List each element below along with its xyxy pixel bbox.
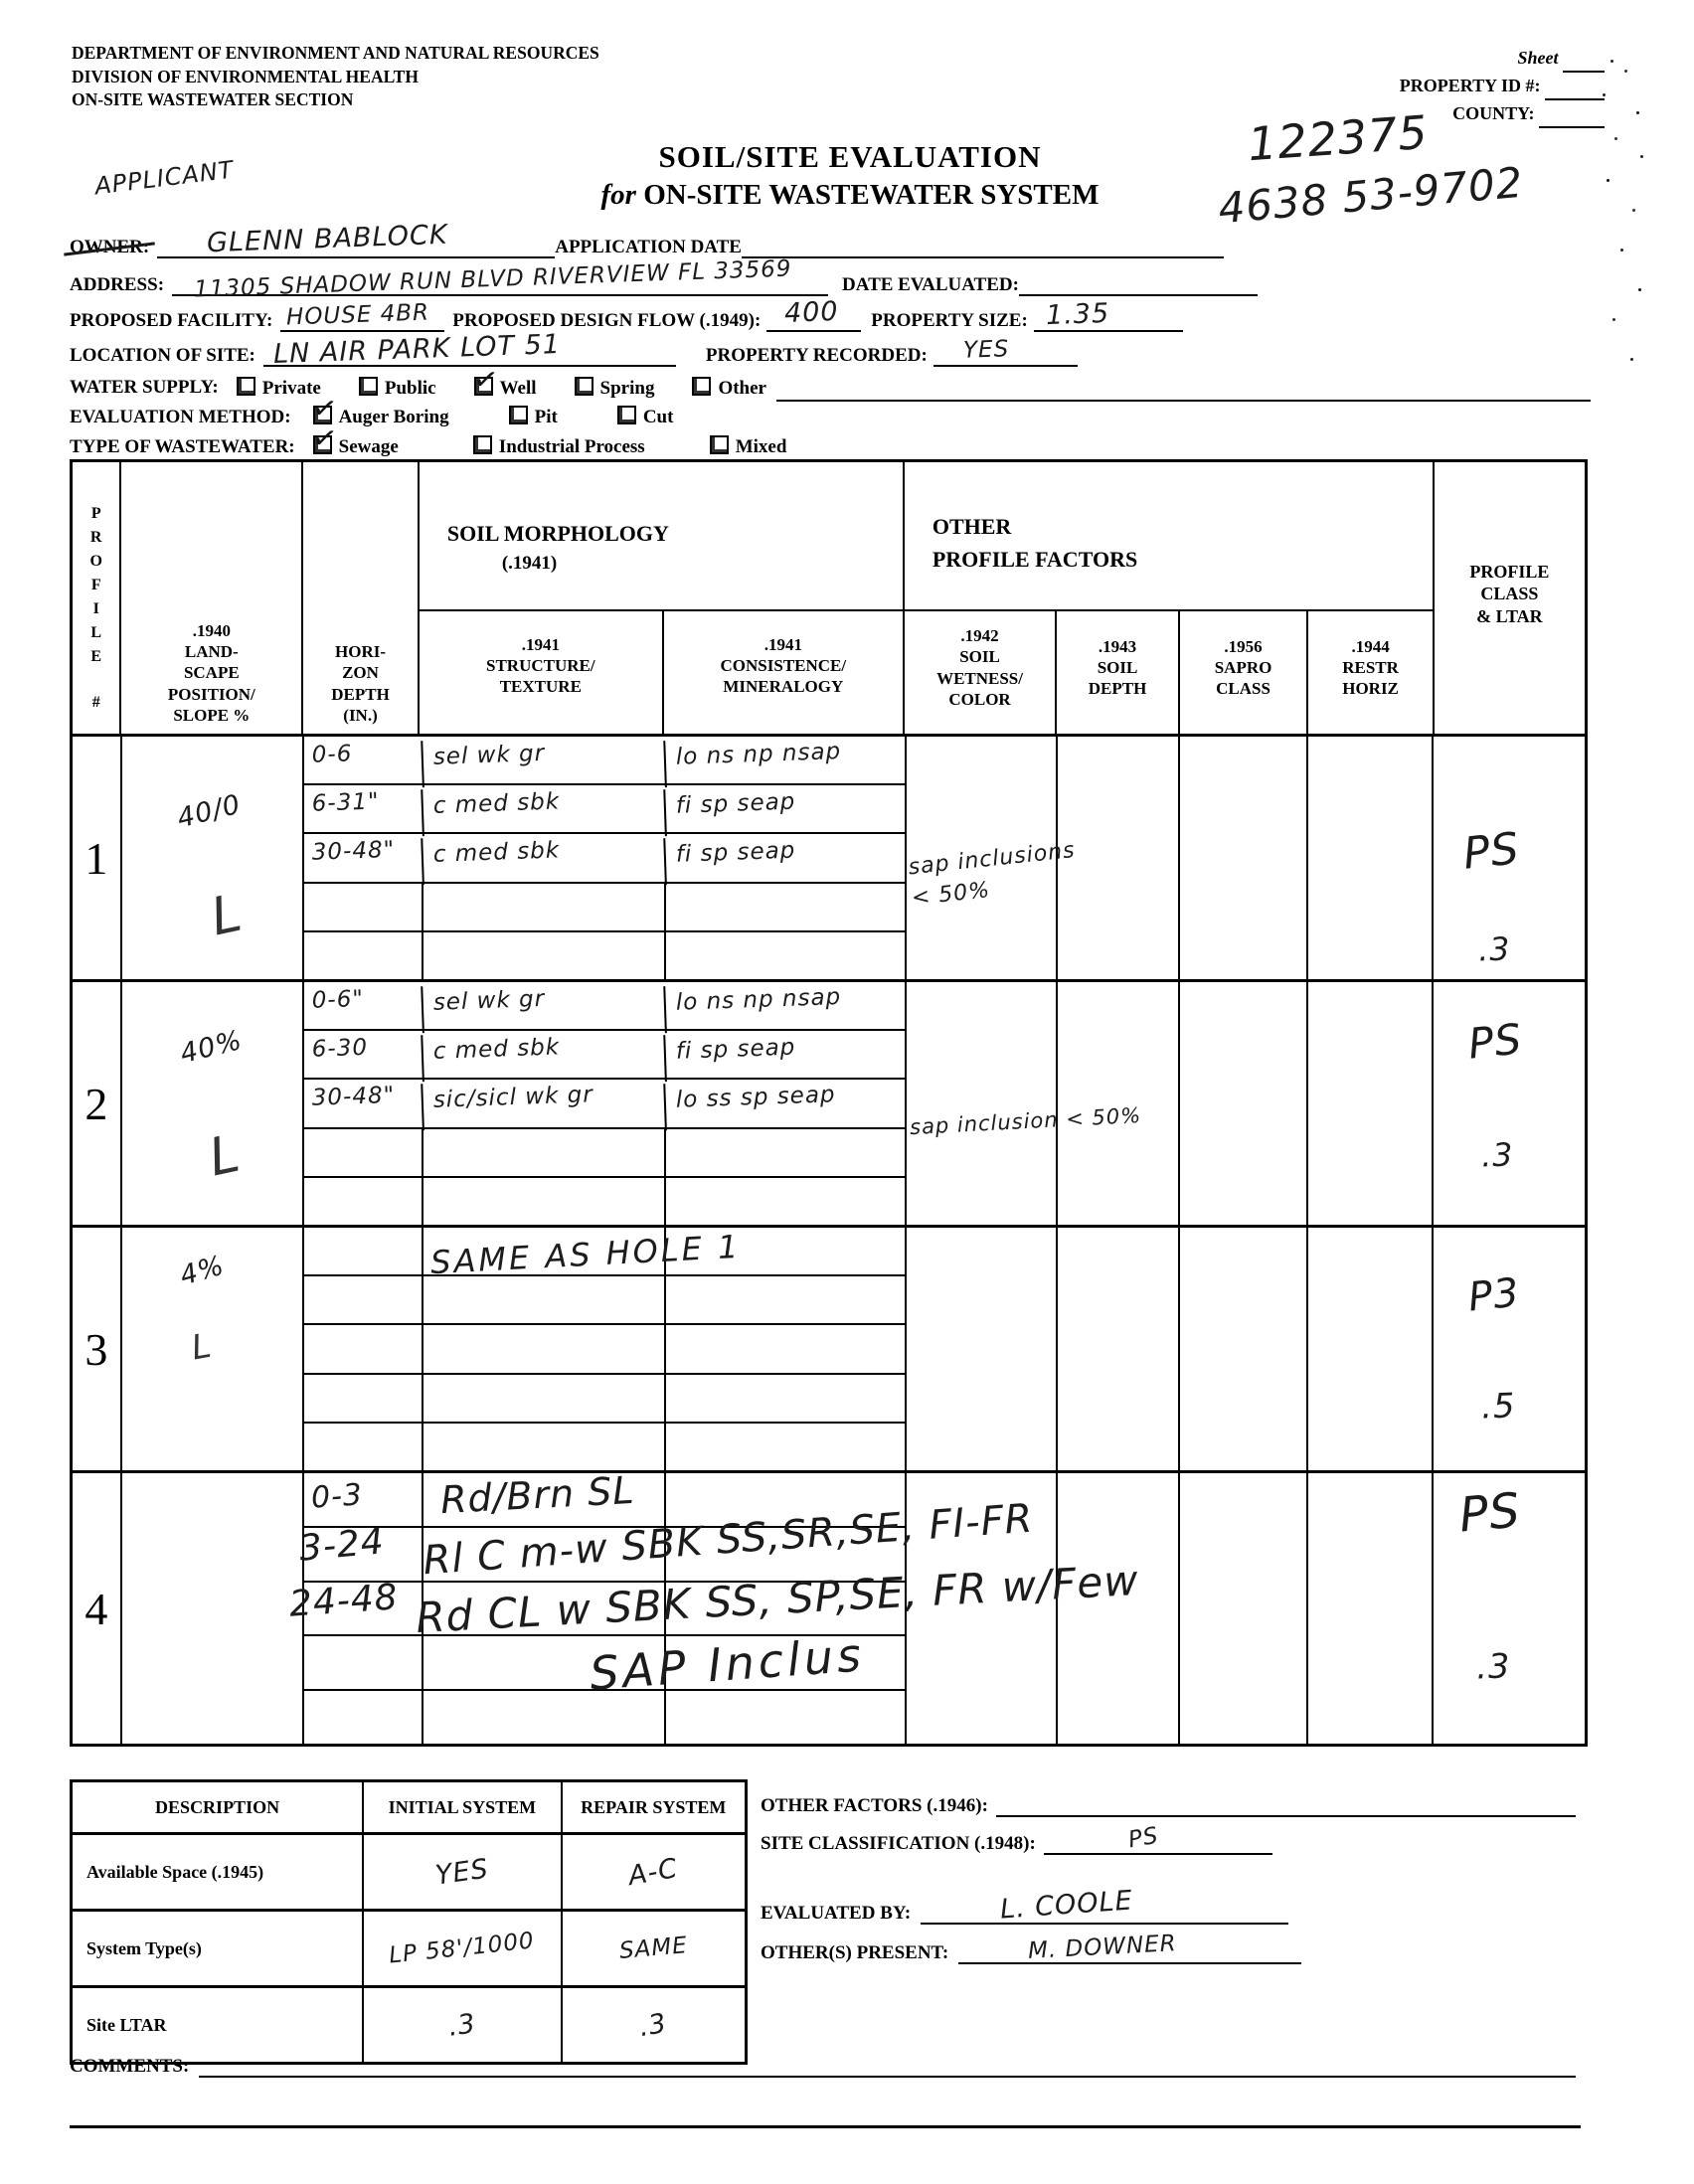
profile-3-slope-value: 4% [176,1250,228,1291]
profile-row-1: 1 40/0 L 0-6 sel wk gr lo ns np nsap 6-3… [73,734,1585,979]
profile-3-restr-cell [1306,1228,1432,1470]
structure-texture: sel wk gr [421,733,665,788]
profile-2-class-value: PS [1466,1014,1525,1068]
site-classification-label: SITE CLASSIFICATION (.1948): [761,1833,1036,1855]
sheet-field [1563,45,1605,73]
property-id-field [1545,73,1605,100]
others-present-value: M. DOWNER [1028,1931,1178,1964]
profile-4-depth-1: 0-3 [310,1477,364,1516]
profile-2-landscape-sketch: L [204,1124,246,1189]
scanned-form-sheet: DEPARTMENT OF ENVIRONMENT AND NATURAL RE… [0,0,1694,2184]
available-space-initial: YES [433,1853,490,1891]
owner-line: OWNER: GLENN BABLOCK APPLICATION DATE [70,231,1591,258]
checkbox-private [237,377,255,396]
checkbox-spring [575,377,593,396]
location-label: LOCATION OF SITE: [70,345,255,367]
option-auger-boring: Auger Boring [339,407,449,427]
location-value: LN AIR PARK LOT 51 [272,329,561,370]
title-for: for [601,179,636,211]
option-well: Well [500,378,537,399]
property-size-field: 1.35 [1034,304,1183,332]
applicant-handwritten-note: APPLICANT [93,156,236,201]
consistence: fi sp seap [664,1027,907,1083]
form-title: SOIL/SITE EVALUATION for ON-SITE WASTEWA… [427,139,1272,212]
design-flow-value: 400 [784,296,840,329]
profile-3-wetness-cell [905,1228,1055,1470]
option-private: Private [262,378,321,399]
profile-1-horizon-grid: 0-6 sel wk gr lo ns np nsap 6-31" c med … [302,737,905,979]
profile-3-class-cell: P3 .5 [1432,1228,1585,1470]
profile-2-class-cell: PS .3 [1432,982,1585,1225]
property-recorded-field: YES [933,339,1078,367]
profile-1-restr-cell [1306,737,1432,979]
profile-4-sapro-cell [1178,1473,1306,1744]
owner-value: GLENN BABLOCK [207,220,448,258]
design-flow-label: PROPOSED DESIGN FLOW (.1949): [452,310,761,332]
profile-4-restr-cell [1306,1473,1432,1744]
soil-table-header: P R O F I L E # .1940 LAND- SCAPE POSITI… [73,462,1585,734]
profile-4-soil-depth-cell [1056,1473,1178,1744]
profile-2-sapro-cell [1178,982,1306,1225]
bottom-rule [70,2125,1581,2128]
profile-row-3: 3 4% L P3 .5 SAME AS HOLE 1 [73,1225,1585,1470]
proposed-facility-label: PROPOSED FACILITY: [70,310,272,332]
header-restr-horiz: .1944 RESTR HORIZ [1306,611,1433,734]
agency-line-3: ON-SITE WASTEWATER SECTION [72,88,599,112]
address-label: ADDRESS: [70,274,164,296]
header-horizon-depth: HORI- ZON DEPTH (IN.) [301,462,418,734]
owner-label: OWNER: [70,237,149,258]
evaluation-method-line: EVALUATION METHOD: Auger Boring Pit Cut [70,406,1591,428]
profile-3-sapro-cell [1178,1228,1306,1470]
system-table-header: DESCRIPTION INITIAL SYSTEM REPAIR SYSTEM [73,1782,745,1832]
profile-1-landscape-sketch: L [206,884,248,948]
profile-1-sapro-cell [1178,737,1306,979]
application-date-field [742,231,1224,258]
facility-line: PROPOSED FACILITY: HOUSE 4BR PROPOSED DE… [70,304,1591,332]
option-cut: Cut [643,407,674,427]
location-field: LN AIR PARK LOT 51 [263,339,676,367]
profile-4-depth-3: 24-48 [288,1577,400,1625]
wastewater-type-label: TYPE OF WASTEWATER: [70,436,295,458]
others-present-label: OTHER(S) PRESENT: [761,1942,948,1964]
county-label: COUNTY: [1452,103,1534,123]
evaluated-by-field: L. COOLE [921,1897,1288,1925]
profile-2-slope-value: 40% [177,1025,246,1070]
structure-texture: c med sbk [421,830,665,886]
available-space-repair: A-C [626,1852,681,1891]
evaluation-summary-block: OTHER FACTORS (.1946): SITE CLASSIFICATI… [761,1789,1576,1964]
profile-2-landscape: 40% L [120,982,303,1225]
profile-4-landscape [120,1473,303,1744]
sheet-label: Sheet [1517,48,1558,68]
available-space-label: Available Space (.1945) [73,1835,362,1909]
header-profile-class-ltar: PROFILE CLASS & LTAR [1433,462,1585,734]
system-summary-table: DESCRIPTION INITIAL SYSTEM REPAIR SYSTEM… [70,1779,748,2065]
profile-2-wetness-cell [905,982,1055,1225]
profile-2-number: 2 [73,982,120,1225]
title-line-2: ON-SITE WASTEWATER SYSTEM [636,179,1100,211]
other-water-field [776,374,1591,402]
option-mixed: Mixed [736,436,787,457]
consistence: lo ns np nsap [664,733,907,788]
checkbox-well [474,377,493,396]
proposed-facility-field: HOUSE 4BR [280,304,444,332]
site-classification-value: PS [1126,1823,1161,1854]
option-sewage: Sewage [339,436,399,457]
agency-line-2: DIVISION OF ENVIRONMENTAL HEALTH [72,66,599,89]
profile-4-depth-2: 3-24 [297,1521,386,1569]
profile-row-4: 4 0-3 Rd/Brn SL 3-24 Rl C m-w SBK SS,SR,… [73,1470,1585,1744]
header-soil-morphology-group: SOIL MORPHOLOGY (.1941) .1941 STRUCTURE/… [418,462,903,734]
property-id-label: PROPERTY ID #: [1400,76,1541,95]
handwritten-id-number: 122375 [1246,105,1430,172]
structure-texture: c med sbk [421,781,665,837]
wastewater-type-line: TYPE OF WASTEWATER: Sewage Industrial Pr… [70,435,1591,458]
property-size-label: PROPERTY SIZE: [871,310,1028,332]
water-supply-label: WATER SUPPLY: [70,377,219,399]
option-spring: Spring [600,378,655,399]
horizon-depth: 0-6 [304,735,423,785]
option-pit: Pit [535,407,558,427]
header-structure-texture: .1941 STRUCTURE/ TEXTURE [420,611,662,734]
profile-2-restr-cell [1306,982,1432,1225]
header-description: DESCRIPTION [73,1782,362,1832]
address-line: ADDRESS: 11305 SHADOW RUN BLVD RIVERVIEW… [70,268,1591,296]
row-system-type: System Type(s) LP 58'/1000 SAME [73,1909,745,1985]
header-other-factors-group: OTHER PROFILE FACTORS .1942 SOIL WETNESS… [903,462,1433,734]
comments-field [199,2050,1576,2078]
system-type-label: System Type(s) [73,1912,362,1985]
evaluated-by-value: L. COOLE [999,1885,1134,1925]
application-date-label: APPLICATION DATE [555,237,742,258]
profile-3-landscape-sketch: L [188,1326,215,1369]
consistence: fi sp seap [664,781,907,837]
profile-1-class-cell: PS .3 [1432,737,1585,979]
property-recorded-value: YES [962,336,1009,364]
horizon-depth: 0-6" [304,980,423,1031]
address-field: 11305 SHADOW RUN BLVD RIVERVIEW FL 33569 [172,268,828,296]
checkbox-other [692,377,711,396]
agency-line-1: DEPARTMENT OF ENVIRONMENT AND NATURAL RE… [72,42,599,66]
profile-1-ltar-value: .3 [1477,929,1511,968]
profile-3-ltar-value: .5 [1480,1386,1516,1427]
structure-texture: sel wk gr [421,978,665,1034]
profile-3-landscape: 4% L [120,1228,303,1470]
checkbox-sewage [313,435,332,454]
profile-3-number: 3 [73,1228,120,1470]
checkbox-public [359,377,378,396]
profile-2-horizon-grid: 0-6" sel wk gr lo ns np nsap 6-30 c med … [302,982,905,1225]
profile-1-landscape: 40/0 L [120,737,303,979]
owner-field: GLENN BABLOCK [157,231,555,258]
header-soil-depth: .1943 SOIL DEPTH [1055,611,1178,734]
profile-3-soil-depth-cell [1056,1228,1178,1470]
comments-line: COMMENTS: [70,2050,1576,2078]
soil-profile-table: P R O F I L E # .1940 LAND- SCAPE POSITI… [70,459,1588,1747]
design-flow-field: 400 [766,304,861,332]
location-line: LOCATION OF SITE: LN AIR PARK LOT 51 PRO… [70,339,1591,367]
horizon-depth: 6-31" [304,783,423,834]
horizon-depth: 30-48" [304,1078,423,1128]
address-value: 11305 SHADOW RUN BLVD RIVERVIEW FL 33569 [194,256,792,303]
site-classification-field: PS [1044,1827,1272,1855]
profile-4-class-value: PS [1457,1482,1523,1543]
profile-4-number: 4 [73,1473,120,1744]
header-profile-number: P R O F I L E # [73,462,119,734]
checkbox-pit [509,406,528,424]
header-soil-morphology: SOIL MORPHOLOGY (.1941) [420,462,903,611]
evaluation-method-label: EVALUATION METHOD: [70,407,291,428]
checkbox-mixed [710,435,729,454]
other-factors-label: OTHER FACTORS (.1946): [761,1795,988,1817]
horizon-depth: 30-48" [304,832,423,883]
structure-texture: c med sbk [421,1027,665,1083]
property-recorded-label: PROPERTY RECORDED: [706,345,928,367]
date-evaluated-field [1019,268,1258,296]
date-evaluated-label: DATE EVALUATED: [842,274,1019,296]
consistence: fi sp seap [664,830,907,886]
checkbox-industrial [473,435,492,454]
header-soil-wetness: .1942 SOIL WETNESS/ COLOR [905,611,1055,734]
row-available-space: Available Space (.1945) YES A-C [73,1832,745,1909]
structure-texture: sic/sicl wk gr [421,1076,665,1131]
header-consistence-mineralogy: .1941 CONSISTENCE/ MINERALOGY [662,611,903,734]
consistence: lo ss sp seap [664,1076,907,1131]
header-sapro-class: .1956 SAPRO CLASS [1178,611,1307,734]
site-ltar-initial: .3 [446,2008,478,2043]
profile-1-number: 1 [73,737,120,979]
profile-2-soil-depth-cell [1056,982,1178,1225]
system-type-initial: LP 58'/1000 [388,1928,536,1968]
title-line-1: SOIL/SITE EVALUATION [427,139,1272,175]
header-other-profile-factors: OTHER PROFILE FACTORS [905,462,1433,611]
consistence: lo ns np nsap [664,978,907,1034]
comments-label: COMMENTS: [70,2056,189,2078]
water-supply-line: WATER SUPPLY: Private Public Well Spring… [70,374,1591,402]
county-field [1539,100,1605,128]
site-ltar-repair: .3 [637,2007,670,2042]
option-other: Other [718,378,766,399]
profile-1-class-value: PS [1461,823,1522,880]
proposed-facility-value: HOUSE 4BR [286,299,430,330]
profile-3-class-value: P3 [1466,1269,1522,1320]
property-size-value: 1.35 [1045,298,1109,331]
horizon-depth: 6-30 [304,1029,423,1080]
other-factors-field [996,1789,1576,1817]
header-initial-system: INITIAL SYSTEM [362,1782,560,1832]
header-repair-system: REPAIR SYSTEM [561,1782,745,1832]
profile-1-slope-value: 40/0 [174,789,244,835]
evaluated-by-label: EVALUATED BY: [761,1903,911,1925]
scan-speckles [1610,60,1613,63]
agency-header: DEPARTMENT OF ENVIRONMENT AND NATURAL RE… [72,42,599,112]
profile-row-2: 2 40% L 0-6" sel wk gr lo ns np nsap 6-3… [73,979,1585,1225]
checkbox-cut [617,406,636,424]
profile-4-ltar-value: .3 [1475,1646,1511,1687]
option-public: Public [385,378,436,399]
option-industrial: Industrial Process [499,436,645,457]
meta-block: Sheet PROPERTY ID #: COUNTY: [1400,45,1605,128]
profile-2-ltar-value: .3 [1480,1135,1514,1174]
others-present-field: M. DOWNER [958,1936,1301,1964]
system-type-repair: SAME [618,1932,689,1964]
header-landscape: .1940 LAND- SCAPE POSITION/ SLOPE % [119,462,301,734]
